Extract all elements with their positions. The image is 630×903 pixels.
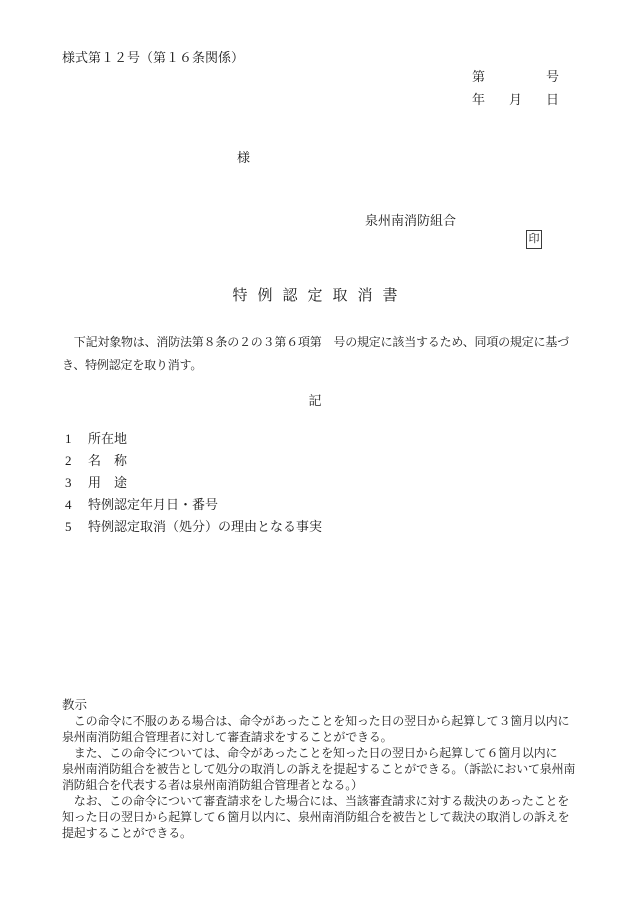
- doc-number-suffix: 号: [546, 66, 559, 85]
- item-number: 1: [65, 428, 78, 450]
- item-label: 所在地: [88, 431, 127, 446]
- addressee-honorific: 様: [237, 147, 250, 166]
- notice-line: この命令に不服のある場合は、命令があったことを知った日の翌日から起算して３箇月以…: [62, 713, 575, 729]
- main-paragraph-line: 下記対象物は、消防法第８条の２の３第６項第 号の規定に該当するため、同項の規定に…: [62, 331, 569, 354]
- notice-line: 知った日の翌日から起算して６箇月以内に、泉州南消防組合を被告として裁決の取消しの…: [62, 809, 575, 825]
- notice-heading: 教示: [62, 697, 575, 713]
- item-label: 用 途: [88, 475, 127, 490]
- doc-number-prefix: 第: [472, 66, 485, 85]
- item-number: 4: [65, 494, 78, 516]
- item-label: 特例認定年月日・番号: [88, 497, 218, 512]
- notice-line: 消防組合を代表する者は泉州南消防組合管理者となる。）: [62, 777, 575, 793]
- item-list: 1所在地 2名 称 3用 途 4特例認定年月日・番号 5特例認定取消（処分）の理…: [65, 428, 322, 538]
- main-paragraph-line: き、特例認定を取り消す。: [62, 354, 569, 377]
- document-title: 特例認定取消書: [0, 284, 630, 305]
- document-page: 様式第１２号（第１６条関係） 第 号 年 月 日 様 泉州南消防組合 印 特例認…: [0, 0, 630, 903]
- item-number: 2: [65, 450, 78, 472]
- record-label: 記: [0, 390, 630, 409]
- document-number-row: 第 号: [472, 66, 559, 85]
- form-number: 様式第１２号（第１６条関係）: [62, 47, 244, 66]
- list-item: 1所在地: [65, 428, 322, 450]
- notice-line: 泉州南消防組合を被告として処分の取消しの訴えを提起することができる。（訴訟におい…: [62, 761, 575, 777]
- issuer-name: 泉州南消防組合: [365, 210, 456, 229]
- list-item: 3用 途: [65, 472, 322, 494]
- date-day-label: 日: [546, 89, 559, 108]
- notice-line: なお、この命令について審査請求をした場合には、当該審査請求に対する裁決のあったこ…: [62, 793, 575, 809]
- notice-line: また、この命令については、命令があったことを知った日の翌日から起算して６箇月以内…: [62, 745, 575, 761]
- main-paragraph: 下記対象物は、消防法第８条の２の３第６項第 号の規定に該当するため、同項の規定に…: [62, 331, 569, 377]
- notice-line: 泉州南消防組合管理者に対して審査請求をすることができる。: [62, 729, 575, 745]
- seal-placeholder: 印: [526, 230, 542, 249]
- item-number: 3: [65, 472, 78, 494]
- appeal-notice: 教示 この命令に不服のある場合は、命令があったことを知った日の翌日から起算して３…: [62, 697, 575, 841]
- list-item: 2名 称: [65, 450, 322, 472]
- notice-line: 提起することができる。: [62, 825, 575, 841]
- date-row: 年 月 日: [472, 89, 559, 108]
- date-month-label: 月: [509, 89, 522, 108]
- seal-label: 印: [529, 234, 540, 245]
- list-item: 4特例認定年月日・番号: [65, 494, 322, 516]
- item-number: 5: [65, 516, 78, 538]
- item-label: 特例認定取消（処分）の理由となる事実: [88, 519, 322, 534]
- date-year-label: 年: [472, 89, 485, 108]
- list-item: 5特例認定取消（処分）の理由となる事実: [65, 516, 322, 538]
- item-label: 名 称: [88, 453, 127, 468]
